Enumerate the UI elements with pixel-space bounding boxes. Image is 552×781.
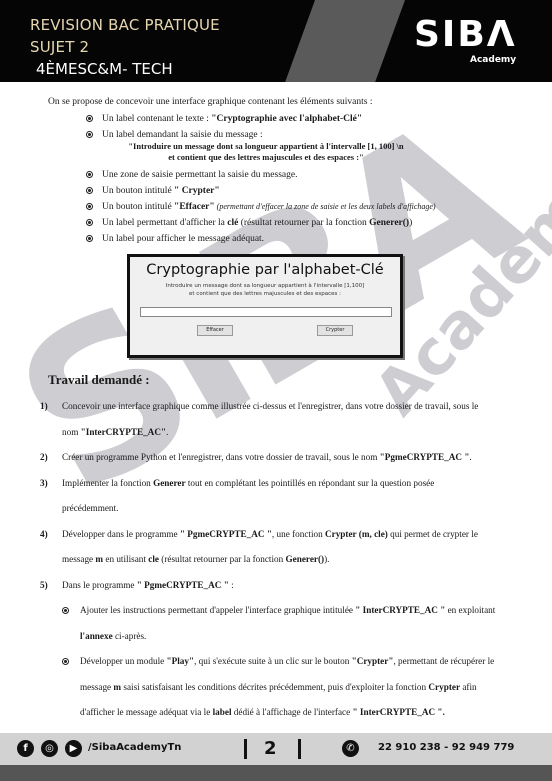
gui-crypter-button: Crypter xyxy=(317,325,353,336)
list-item: Un label pour afficher le message adéqua… xyxy=(86,231,526,247)
task-text: Implémenter la fonction xyxy=(62,478,153,488)
list-item: Un bouton intitulé " Crypter" xyxy=(86,183,526,199)
page-number: 2 xyxy=(264,738,277,759)
item-text: Un label demandant la saisie du message … xyxy=(102,130,263,140)
task-text: message xyxy=(62,554,95,564)
subtask-bold: m xyxy=(113,682,121,692)
gui-prompt-line-1: Introduire un message dont sa longueur a… xyxy=(130,282,400,290)
task-text: : xyxy=(229,580,234,590)
task-text: , une fonction xyxy=(272,529,325,539)
divider xyxy=(298,739,301,759)
prompt-quote: "Introduire un message dont sa longueur … xyxy=(46,141,486,163)
task-bold: " PgmeCRYPTE_AC " xyxy=(180,529,272,539)
task-bold: Generer() xyxy=(286,554,325,564)
task-bold: Generer xyxy=(153,478,185,488)
bullet-icon xyxy=(86,115,93,122)
item-text: Un bouton intitulé xyxy=(102,202,174,212)
task-text: . xyxy=(166,427,168,437)
intro-text: On se propose de concevoir une interface… xyxy=(48,97,372,107)
subtask-bold: l'annexe xyxy=(80,631,113,641)
task-item: 1) Concevoir une interface graphique com… xyxy=(40,394,510,445)
quote-line-2: et contient que des lettres majuscules e… xyxy=(46,152,486,163)
subtask-bold: " InterCRYPTE_AC " xyxy=(355,605,445,615)
task-number: 4) xyxy=(40,522,48,548)
bullet-icon xyxy=(86,131,93,138)
divider xyxy=(244,739,247,759)
subtask-text: Ajouter les instructions permettant d'ap… xyxy=(80,605,355,615)
youtube-icon[interactable]: ▶ xyxy=(65,740,82,757)
subtask-bold: "Play" xyxy=(167,656,195,666)
item-bold: clé xyxy=(227,218,238,228)
task-text: en utilisant xyxy=(103,554,148,564)
list-item: Un label permettant d'afficher la clé (r… xyxy=(86,215,526,231)
subtask-bold: label xyxy=(213,707,232,717)
task-number: 2) xyxy=(40,445,48,471)
tasks-list: 1) Concevoir une interface graphique com… xyxy=(40,394,510,726)
task-bold: Crypter (m, cle) xyxy=(325,529,388,539)
subtask-item: Ajouter les instructions permettant d'ap… xyxy=(40,598,510,649)
task-text: Dans le programme xyxy=(62,580,137,590)
task-text: ). xyxy=(324,554,329,564)
phone-icon: ✆ xyxy=(342,740,359,757)
task-item: 4) Développer dans le programme " PgmeCR… xyxy=(40,522,510,573)
item-text: Un label contenant le texte : xyxy=(102,114,211,124)
subtask-text: Développer un module xyxy=(80,656,167,666)
gui-mockup-figure: Cryptographie par l'alphabet-Clé Introdu… xyxy=(127,254,403,358)
bullet-icon xyxy=(62,658,69,665)
list-item: Une zone de saisie permettant la saisie … xyxy=(86,167,526,183)
task-text: précédemment. xyxy=(62,496,510,522)
header-level: 4ÈMESC&M- TECH xyxy=(36,60,173,78)
header-subject: SUJET 2 xyxy=(30,38,89,56)
page-header: REVISION BAC PRATIQUE SUJET 2 4ÈMESC&M- … xyxy=(0,0,552,82)
item-text: Une zone de saisie permettant la saisie … xyxy=(102,170,297,180)
bullet-icon xyxy=(86,203,93,210)
gui-title-label: Cryptographie par l'alphabet-Clé xyxy=(130,262,400,278)
item-text: ) xyxy=(409,218,412,228)
header-title: REVISION BAC PRATIQUE xyxy=(30,16,220,34)
subtask-bold: "Crypter" xyxy=(352,656,394,666)
logo-text: SIBΛ xyxy=(414,14,517,55)
task-number: 5) xyxy=(40,573,48,599)
task-text: tout en complétant les pointillés en rép… xyxy=(186,478,435,488)
elements-list: Un label contenant le texte : "Cryptogra… xyxy=(86,111,526,247)
task-item: 3) Implémenter la fonction Generer tout … xyxy=(40,471,510,522)
bullet-icon xyxy=(86,235,93,242)
subtask-text: en exploitant xyxy=(445,605,495,615)
section-title: Travail demandé : xyxy=(48,372,150,388)
siba-logo: SIBΛ Academy xyxy=(414,14,524,74)
subtask-text: message xyxy=(80,682,113,692)
task-text: qui permet de crypter le xyxy=(388,529,478,539)
bullet-icon xyxy=(62,607,69,614)
header-stripe-decoration xyxy=(285,0,405,82)
subtask-bold: " InterCRYPTE_AC ". xyxy=(352,707,444,717)
task-bold: "InterCRYPTE_AC" xyxy=(81,427,166,437)
task-bold: cle xyxy=(148,554,159,564)
gui-prompt-label: Introduire un message dont sa longueur a… xyxy=(130,282,400,298)
task-text: Concevoir une interface graphique comme … xyxy=(62,394,510,420)
social-handle[interactable]: /SibaAcademyTn xyxy=(88,742,181,753)
task-text: Développer dans le programme xyxy=(62,529,180,539)
item-text: Un bouton intitulé xyxy=(102,186,174,196)
subtask-text: dédié à l'affichage de l'interface xyxy=(232,707,353,717)
item-bold: "Effacer" xyxy=(174,202,215,212)
task-text: Créer un programme Python et l'enregistr… xyxy=(62,452,380,462)
subtask-text: ci-après. xyxy=(113,631,147,641)
task-bold: m xyxy=(95,554,103,564)
item-text: Un label permettant d'afficher la xyxy=(102,218,227,228)
task-item: 5) Dans le programme " PgmeCRYPTE_AC " : xyxy=(40,573,510,599)
task-text: (résultat retourner par la fonction xyxy=(159,554,286,564)
item-text: (résultat retourner par la fonction xyxy=(238,218,369,228)
list-item: Un label demandant la saisie du message … xyxy=(86,127,526,143)
subtask-text: , qui s'exécute suite à un clic sur le b… xyxy=(194,656,352,666)
gui-message-input xyxy=(140,307,392,317)
subtask-item: Développer un module "Play", qui s'exécu… xyxy=(40,649,510,726)
phone-numbers: 22 910 238 - 92 949 779 xyxy=(378,742,514,753)
list-item: Un label contenant le texte : "Cryptogra… xyxy=(86,111,526,127)
gui-prompt-line-2: et contient que des lettres majuscules e… xyxy=(130,290,400,298)
bullet-icon xyxy=(86,171,93,178)
subtask-text: , permettant de récupérer le xyxy=(393,656,494,666)
footer-band xyxy=(0,765,552,781)
logo-subtext: Academy xyxy=(470,55,516,65)
facebook-icon[interactable]: f xyxy=(17,740,34,757)
item-text: Un label pour afficher le message adéqua… xyxy=(102,234,264,244)
bullet-icon xyxy=(86,187,93,194)
task-number: 3) xyxy=(40,471,48,497)
item-bold: "Cryptographie avec l'alphabet-Clé" xyxy=(211,114,362,124)
task-number: 1) xyxy=(40,394,48,420)
bullet-icon xyxy=(86,219,93,226)
subtask-text: afin xyxy=(460,682,477,692)
item-bold: Generer() xyxy=(369,218,409,228)
subtask-text: saisi satisfaisant les conditions décrit… xyxy=(121,682,428,692)
gui-effacer-button: Effacer xyxy=(197,325,233,336)
item-note: (permettant d'effacer la zone de saisie … xyxy=(215,202,436,211)
task-text: nom xyxy=(62,427,81,437)
task-item: 2) Créer un programme Python et l'enregi… xyxy=(40,445,510,471)
instagram-icon[interactable]: ◎ xyxy=(41,740,58,757)
task-text: . xyxy=(469,452,471,462)
page-footer: f ◎ ▶ /SibaAcademyTn 2 ✆ 22 910 238 - 92… xyxy=(0,733,552,765)
subtask-text: d'afficher le message adéquat via le xyxy=(80,707,213,717)
task-bold: "PgmeCRYPTE_AC " xyxy=(380,452,470,462)
list-item: Un bouton intitulé "Effacer" (permettant… xyxy=(86,199,526,215)
task-bold: " PgmeCRYPTE_AC " xyxy=(137,580,229,590)
item-bold: " Crypter" xyxy=(174,186,220,196)
subtask-bold: Crypter xyxy=(428,682,460,692)
